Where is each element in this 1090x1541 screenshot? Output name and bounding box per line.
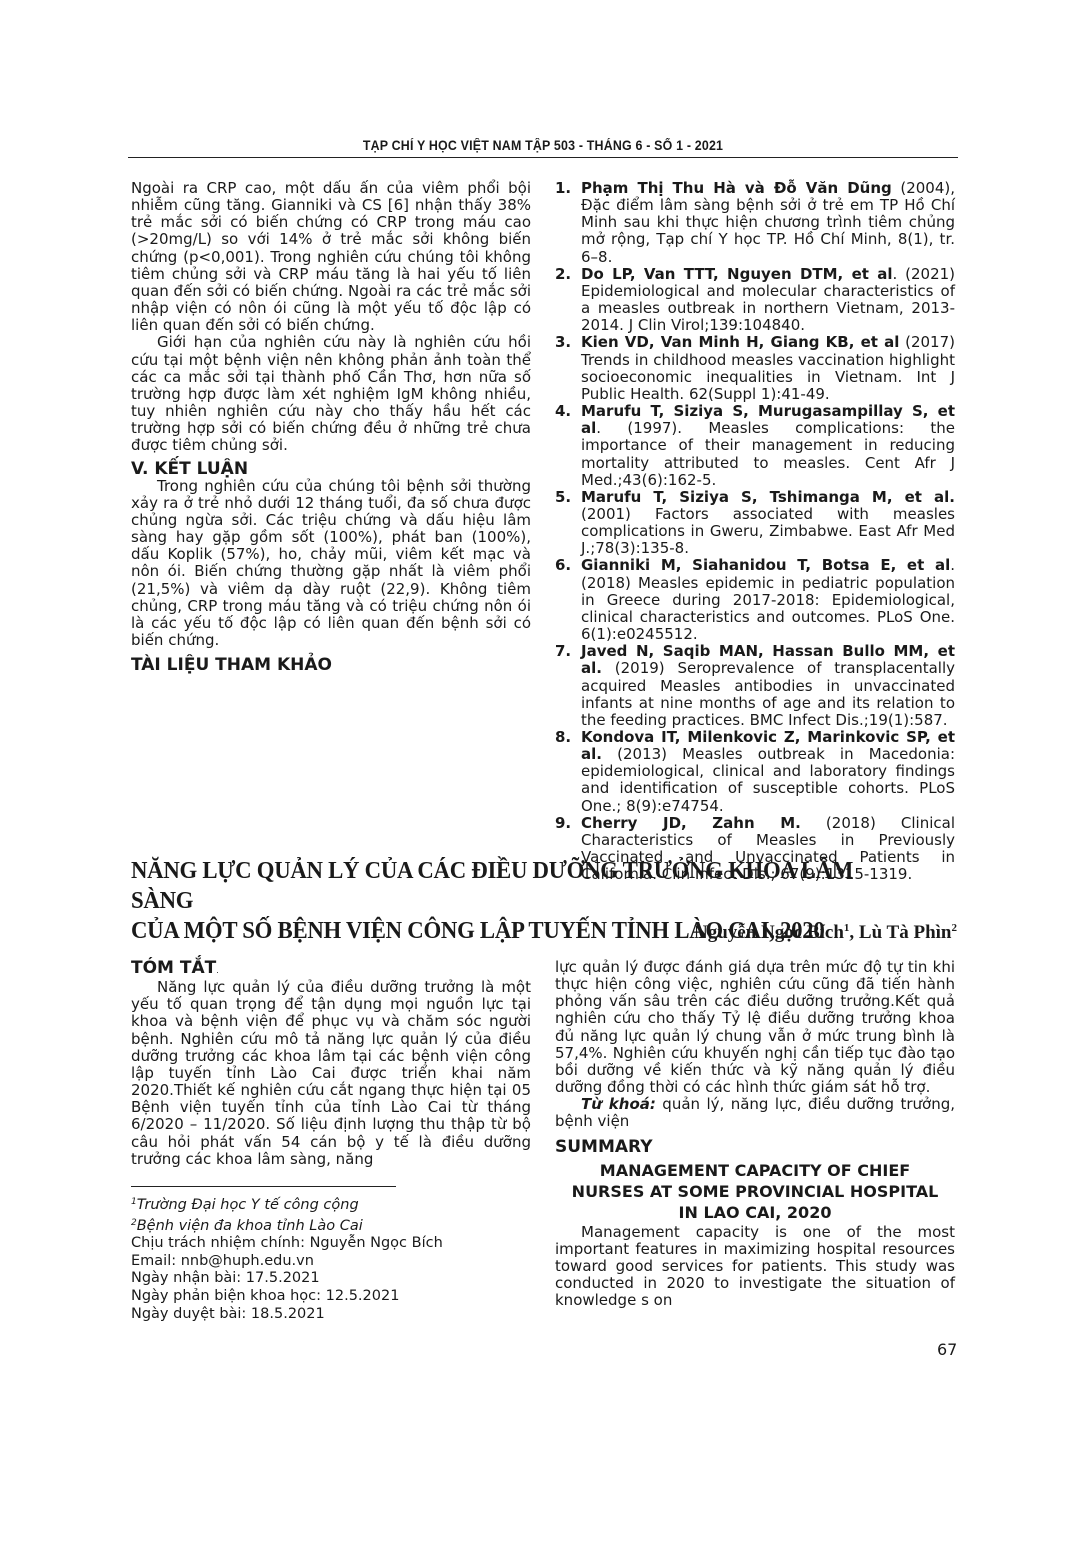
discussion-paragraph-2: Giới hạn của nghiên cứu này là nghiên cứ… xyxy=(131,334,531,454)
reference-item: 7.Javed N, Saqib MAN, Hassan Bullo MM, e… xyxy=(555,643,955,729)
author-name: Nguyễn Ngọc Bích xyxy=(694,922,844,943)
email: Email: nnb@huph.edu.vn xyxy=(131,1253,531,1271)
prev-article-left-column: Ngoài ra CRP cao, một dấu ấn của viêm ph… xyxy=(131,180,531,674)
keywords-label: Từ khoá: xyxy=(581,1095,656,1113)
keywords: Từ khoá: quản lý, năng lực, điều dưỡng t… xyxy=(555,1096,955,1130)
review-date: Ngày phản biện khoa học: 12.5.2021 xyxy=(131,1288,531,1306)
reference-item: 1.Phạm Thị Thu Hà và Đỗ Văn Dũng (2004),… xyxy=(555,180,955,266)
article-authors: Nguyễn Ngọc Bích1, Lù Tà Phìn2 xyxy=(694,922,957,944)
reference-authors: Do LP, Van TTT, Nguyen DTM, et al xyxy=(581,265,893,283)
reference-item: 4.Marufu T, Siziya S, Murugasampillay S,… xyxy=(555,403,955,489)
affiliation-1: 1Trường Đại học Y tế công cộng xyxy=(131,1194,531,1215)
summary-heading: SUMMARY xyxy=(555,1139,955,1156)
summary-paragraph: Management capacity is one of the most i… xyxy=(555,1224,955,1310)
reference-authors: Phạm Thị Thu Hà và Đỗ Văn Dũng xyxy=(581,179,892,197)
references-heading: TÀI LIỆU THAM KHẢO xyxy=(131,657,531,674)
journal-page: TẠP CHÍ Y HỌC VIỆT NAM TẬP 503 - THÁNG 6… xyxy=(0,0,1090,1541)
abstract-continued: lực quản lý được đánh giá dựa trên mức đ… xyxy=(555,959,955,1096)
footnotes: 1Trường Đại học Y tế công cộng 2Bệnh việ… xyxy=(131,1194,531,1323)
abstract-paragraph: Năng lực quản lý của điều dưỡng trưởng l… xyxy=(131,979,531,1168)
abstract-heading: TÓM TẮT. xyxy=(131,960,531,979)
author-affiliation-mark: 2 xyxy=(952,922,958,934)
corresponding-author: Chịu trách nhiệm chính: Nguyễn Ngọc Bích xyxy=(131,1235,531,1253)
reference-authors: Marufu T, Siziya S, Tshimanga M, et al. xyxy=(581,488,955,506)
reference-authors: Kien VD, Van Minh H, Giang KB, et al xyxy=(581,333,899,351)
conclusion-paragraph: Trong nghiên cứu của chúng tôi bệnh sởi … xyxy=(131,478,531,650)
approval-date: Ngày duyệt bài: 18.5.2021 xyxy=(131,1306,531,1324)
reference-item: 8.Kondova IT, Milenkovic Z, Marinkovic S… xyxy=(555,729,955,815)
abstract-right-column: lực quản lý được đánh giá dựa trên mức đ… xyxy=(555,959,955,1310)
reference-authors: Cherry JD, Zahn M. xyxy=(581,814,801,832)
reference-item: 2.Do LP, Van TTT, Nguyen DTM, et al. (20… xyxy=(555,266,955,335)
affiliation-2: 2Bệnh viện đa khoa tỉnh Lào Cai xyxy=(131,1215,531,1236)
abstract-left-column: TÓM TẮT. Năng lực quản lý của điều dưỡng… xyxy=(131,960,531,1168)
author-name: Lù Tà Phìn xyxy=(859,922,952,943)
reference-item: 3.Kien VD, Van Minh H, Giang KB, et al (… xyxy=(555,334,955,403)
article-title-line-1: NĂNG LỰC QUẢN LÝ CỦA CÁC ĐIỀU DƯỠNG TRƯỞ… xyxy=(131,856,903,916)
running-head: TẠP CHÍ Y HỌC VIỆT NAM TẬP 503 - THÁNG 6… xyxy=(161,138,925,153)
header-rule xyxy=(128,157,958,158)
reference-authors: Gianniki M, Siahanidou T, Botsa E, et al xyxy=(581,556,950,574)
reference-item: 5.Marufu T, Siziya S, Tshimanga M, et al… xyxy=(555,489,955,558)
footnote-rule xyxy=(131,1186,396,1187)
received-date: Ngày nhận bài: 17.5.2021 xyxy=(131,1270,531,1288)
references-list: 1.Phạm Thị Thu Hà và Đỗ Văn Dũng (2004),… xyxy=(555,180,955,883)
discussion-paragraph-1: Ngoài ra CRP cao, một dấu ấn của viêm ph… xyxy=(131,180,531,334)
conclusion-heading: V. KẾT LUẬN xyxy=(131,461,531,478)
reference-item: 6.Gianniki M, Siahanidou T, Botsa E, et … xyxy=(555,557,955,643)
english-title: MANAGEMENT CAPACITY OF CHIEF NURSES AT S… xyxy=(555,1160,955,1223)
page-number: 67 xyxy=(937,1340,957,1359)
